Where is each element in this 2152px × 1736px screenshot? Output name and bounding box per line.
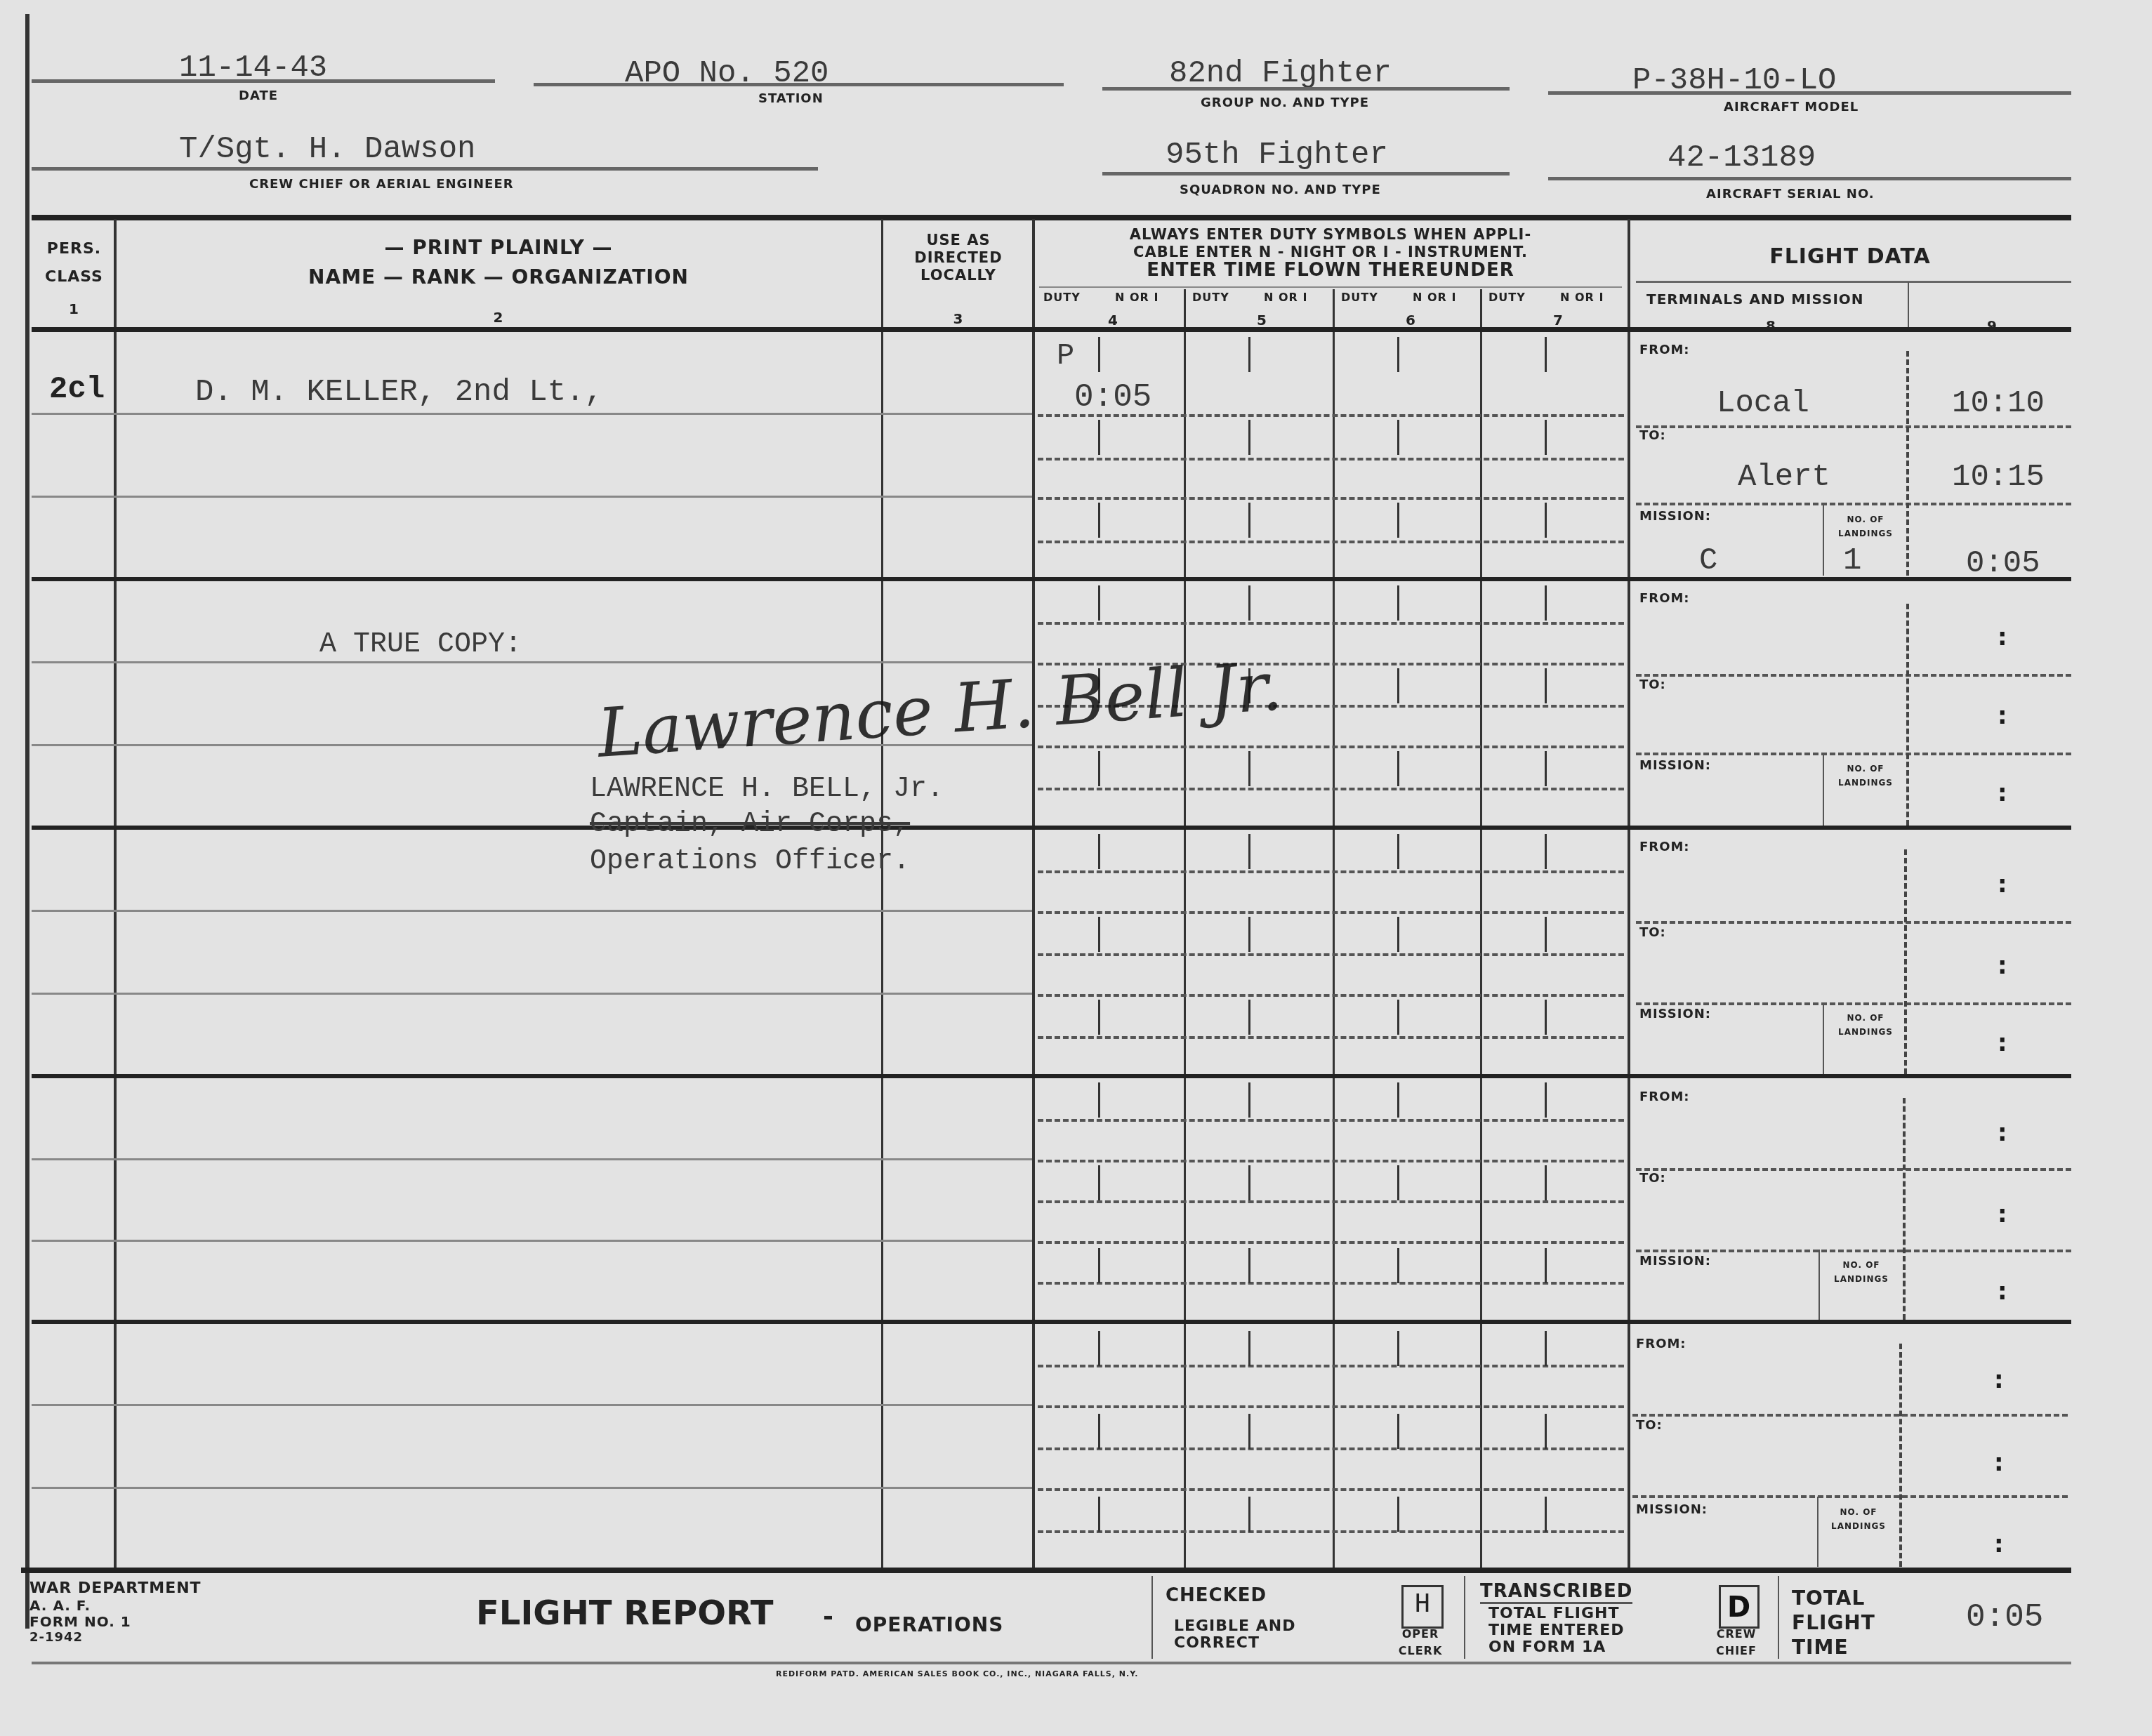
block-rule-2	[32, 577, 2071, 581]
crew-chief-label-1: CREW	[1706, 1627, 1767, 1641]
row-rule	[32, 413, 1032, 415]
duty-row-rule	[1038, 458, 1624, 460]
to-label: TO:	[1639, 428, 1666, 443]
crew-chief-label: CREW CHIEF OR AERIAL ENGINEER	[249, 177, 514, 192]
duty-row-rule	[1038, 1405, 1624, 1408]
legible-label: LEGIBLE AND	[1174, 1617, 1295, 1635]
crew-chief-label-2: CHIEF	[1706, 1644, 1767, 1657]
to-time: :	[1998, 952, 2007, 980]
time-col-divider	[1903, 1098, 1906, 1320]
duty-row-rule	[1038, 1447, 1624, 1450]
duty-label: DUTY	[1043, 291, 1081, 304]
from-to-rule	[1636, 921, 2071, 924]
checked-divider	[1151, 1576, 1153, 1659]
duty-instruction-3: ENTER TIME FLOWN THEREUNDER	[1036, 260, 1625, 281]
header-bottom-rule	[32, 327, 2071, 332]
from-time: :	[1998, 870, 2007, 899]
date-label: DATE	[239, 88, 278, 103]
duty-row-rule	[1038, 1530, 1624, 1533]
transcribed-line-3: ON FORM 1A	[1488, 1638, 1606, 1656]
duty-row-rule	[1038, 994, 1624, 997]
col8-9-divider	[1908, 282, 1909, 330]
checked-label: CHECKED	[1166, 1585, 1267, 1606]
col-num: 6	[1406, 312, 1416, 329]
form-left-border	[25, 14, 29, 1629]
mission-value: C	[1699, 543, 1717, 578]
mission-label: MISSION:	[1639, 509, 1711, 524]
aircraft-model-label: AIRCRAFT MODEL	[1724, 100, 1859, 114]
from-to-rule	[1632, 1414, 2068, 1417]
mission-label: MISSION:	[1639, 758, 1711, 773]
from-time: :	[1998, 1119, 2007, 1147]
crew-chief-initial-box: D	[1719, 1585, 1760, 1629]
to-label: TO:	[1639, 677, 1666, 692]
duty6-sub-divider	[1397, 337, 1399, 1565]
true-copy-label: A TRUE COPY:	[319, 629, 522, 661]
col3-divider	[1032, 219, 1035, 1570]
total-label-2: FLIGHT	[1792, 1611, 1875, 1634]
group-label: GROUP NO. AND TYPE	[1201, 95, 1369, 110]
landings-label: NO. OF LANDINGS	[1827, 1011, 1904, 1039]
row-rule	[32, 661, 1032, 663]
duty-row-rule	[1038, 497, 1624, 500]
mission-label: MISSION:	[1639, 1254, 1711, 1268]
col2-title-top: — PRINT PLAINLY —	[119, 236, 878, 259]
total-label-3: TIME	[1792, 1636, 1849, 1659]
col2-num: 2	[119, 309, 878, 326]
signer-title: Operations Officer.	[590, 846, 910, 877]
duration-value: 0:05	[1966, 546, 2040, 581]
to-time: :	[1994, 1449, 2004, 1477]
duty5-sub-divider	[1248, 337, 1250, 1565]
total-divider	[1778, 1576, 1779, 1659]
oper-clerk-label-1: OPER	[1390, 1627, 1451, 1641]
to-label: TO:	[1639, 925, 1666, 940]
block-rule-4	[32, 1074, 2071, 1078]
duty-row-rule	[1038, 953, 1624, 956]
pers-class: 2cl	[49, 372, 105, 407]
from-label: FROM:	[1639, 343, 1690, 357]
dept-line-1: WAR DEPARTMENT	[29, 1579, 202, 1597]
aircraft-model-line	[1548, 91, 2071, 95]
duty6-divider	[1333, 289, 1335, 1570]
block-rule-5	[32, 1320, 2071, 1324]
squadron-value: 95th Fighter	[1166, 138, 1388, 173]
duty7-divider	[1480, 289, 1482, 1570]
signature: Lawrence H. Bell Jr.	[595, 647, 1285, 773]
duty-row-rule	[1038, 1365, 1624, 1367]
duty5-divider	[1184, 289, 1186, 1570]
nori-label: N OR I	[1413, 291, 1456, 304]
from-time: :	[1994, 1366, 2004, 1394]
row-rule	[32, 1487, 1032, 1489]
transcribed-label: TRANSCRIBED	[1480, 1581, 1632, 1604]
total-label-1: TOTAL	[1792, 1586, 1865, 1610]
duty-sub-rule	[1039, 286, 1622, 288]
aircraft-serial-label: AIRCRAFT SERIAL NO.	[1706, 187, 1875, 201]
col-num: 5	[1257, 312, 1267, 329]
duty-row-rule	[1038, 1119, 1624, 1122]
to-time: :	[1998, 702, 2007, 730]
from-label: FROM:	[1639, 840, 1690, 854]
from-value: Local	[1717, 386, 1809, 421]
landings-label: NO. OF LANDINGS	[1827, 512, 1904, 541]
landings-box-divider	[1823, 505, 1824, 576]
duty-row-rule	[1038, 622, 1624, 625]
from-label: FROM:	[1639, 591, 1690, 606]
transcribed-divider	[1464, 1576, 1465, 1659]
time-col-divider	[1899, 1344, 1902, 1567]
duty7-sub-divider	[1545, 337, 1547, 1565]
row-rule	[32, 1240, 1032, 1242]
transcribed-line-2: TIME ENTERED	[1488, 1622, 1624, 1639]
time-col-divider	[1906, 604, 1909, 826]
dept-line-3: FORM NO. 1	[29, 1613, 131, 1630]
flight-data-divider	[1628, 219, 1630, 1570]
to-value: Alert	[1738, 460, 1830, 495]
col-num: 7	[1553, 312, 1564, 329]
from-to-rule	[1636, 674, 2071, 677]
row-rule	[32, 910, 1032, 912]
col3-num: 3	[892, 310, 1025, 327]
landings-box-divider	[1818, 1250, 1820, 1320]
nori-label: N OR I	[1115, 291, 1158, 304]
row-rule	[32, 496, 1032, 498]
col2-title-bottom: NAME — RANK — ORGANIZATION	[119, 265, 878, 289]
landings-value: 1	[1843, 543, 1861, 578]
duration-value: :	[1998, 779, 2007, 807]
from-label: FROM:	[1639, 1089, 1690, 1104]
form-title-dash: -	[823, 1603, 834, 1631]
to-mission-rule	[1636, 1250, 2071, 1252]
squadron-line	[1102, 172, 1510, 175]
station-label: STATION	[758, 91, 824, 106]
table-bottom-rule	[21, 1568, 2071, 1573]
duty-row-rule	[1038, 1160, 1624, 1162]
landings-label: NO. OF LANDINGS	[1823, 1258, 1900, 1286]
crew-chief-line	[32, 167, 818, 171]
to-mission-rule	[1636, 1002, 2071, 1005]
squadron-label: SQUADRON NO. AND TYPE	[1180, 183, 1381, 197]
crew-chief-initial: D	[1721, 1591, 1757, 1624]
duty-label: DUTY	[1341, 291, 1378, 304]
table-top-rule	[32, 215, 2071, 220]
group-value: 82nd Fighter	[1169, 56, 1392, 91]
to-label: TO:	[1636, 1418, 1663, 1433]
flight-data-sub-rule	[1636, 281, 2071, 283]
duty-row-rule	[1038, 1200, 1624, 1203]
mission-label: MISSION:	[1639, 1007, 1711, 1021]
col1-title: PERS. CLASS	[34, 235, 114, 291]
from-time: 10:10	[1952, 386, 2045, 421]
station-line	[534, 83, 1064, 86]
transcribed-line-1: TOTAL FLIGHT	[1488, 1605, 1619, 1622]
to-label: TO:	[1639, 1171, 1666, 1186]
from-to-rule	[1636, 1168, 2071, 1171]
duty4-sub-divider	[1098, 337, 1100, 1565]
terminals-label: TERMINALS AND MISSION	[1646, 291, 1864, 307]
landings-box-divider	[1823, 754, 1824, 826]
landings-label: NO. OF LANDINGS	[1820, 1505, 1897, 1533]
duty-label: DUTY	[1192, 291, 1229, 304]
landings-box-divider	[1823, 1002, 1824, 1074]
col1-divider	[114, 219, 117, 1570]
from-label: FROM:	[1636, 1337, 1686, 1351]
signer-name: LAWRENCE H. BELL, Jr.	[590, 774, 944, 805]
duty-instruction-2: CABLE ENTER N - NIGHT OR I - INSTRUMENT.	[1036, 244, 1625, 260]
crew-chief-value: T/Sgt. H. Dawson	[179, 132, 475, 167]
flight-data-title: FLIGHT DATA	[1629, 244, 2071, 269]
form-subtitle: OPERATIONS	[855, 1613, 1003, 1636]
oper-clerk-initial: H	[1404, 1590, 1441, 1620]
to-mission-rule	[1636, 753, 2071, 755]
col3-title: USE AS DIRECTED LOCALLY	[892, 232, 1025, 284]
duration-value: :	[1994, 1530, 2004, 1558]
duration-value: :	[1998, 1278, 2007, 1306]
time-col-divider	[1906, 351, 1909, 576]
oper-clerk-label-2: CLERK	[1390, 1644, 1451, 1657]
duty-row-rule	[1038, 788, 1624, 790]
to-mission-rule	[1636, 503, 2071, 505]
form-title: FLIGHT REPORT	[476, 1593, 774, 1633]
row-rule	[32, 1158, 1032, 1160]
duty-row-rule	[1038, 911, 1624, 914]
duty-row-rule	[1038, 541, 1624, 543]
col1-num: 1	[34, 300, 114, 317]
aircraft-serial-value: 42-13189	[1668, 140, 1816, 175]
nori-label: N OR I	[1560, 291, 1604, 304]
date-line	[32, 79, 495, 83]
time-col-divider	[1904, 849, 1907, 1074]
to-mission-rule	[1632, 1495, 2068, 1498]
duty-row-rule	[1038, 1282, 1624, 1285]
from-to-rule	[1636, 425, 2071, 428]
landings-box-divider	[1817, 1497, 1818, 1567]
row-rule	[32, 993, 1032, 995]
dept-line-2: A. A. F.	[29, 1597, 91, 1614]
signer-rank: Captain, Air Corps,	[590, 809, 910, 840]
duty-row-rule	[1038, 746, 1624, 748]
duty-row-rule	[1038, 870, 1624, 873]
to-time: :	[1998, 1200, 2007, 1228]
aircraft-serial-line	[1548, 177, 2071, 180]
from-time: :	[1998, 623, 2007, 651]
row-rule	[32, 1404, 1032, 1406]
nori-label: N OR I	[1264, 291, 1307, 304]
col-num: 4	[1108, 312, 1118, 329]
time-flown: 0:05	[1074, 379, 1151, 416]
landings-label: NO. OF LANDINGS	[1827, 762, 1904, 790]
oper-clerk-initial-box: H	[1401, 1585, 1444, 1629]
col2-divider	[881, 219, 883, 1570]
duty-row-rule	[1038, 1488, 1624, 1491]
duty-instruction-1: ALWAYS ENTER DUTY SYMBOLS WHEN APPLI-	[1036, 226, 1625, 243]
block-rule-3	[32, 826, 2071, 830]
duty-label: DUTY	[1488, 291, 1526, 304]
total-flight-time-value: 0:05	[1966, 1599, 2043, 1636]
duty-symbol: P	[1057, 339, 1074, 373]
correct-label: CORRECT	[1174, 1634, 1260, 1652]
to-time: 10:15	[1952, 460, 2045, 495]
duty-row-rule	[1038, 1036, 1624, 1039]
group-line	[1102, 87, 1510, 91]
printer-imprint: REDIFORM PATD. AMERICAN SALES BOOK CO., …	[776, 1669, 1139, 1678]
duration-value: :	[1998, 1029, 2007, 1057]
mission-label: MISSION:	[1636, 1502, 1708, 1517]
dept-line-4: 2-1942	[29, 1630, 83, 1645]
duty-row-rule	[1038, 1241, 1624, 1244]
crew-name: D. M. KELLER, 2nd Lt.,	[195, 375, 603, 410]
footer-bottom-rule	[32, 1662, 2071, 1664]
